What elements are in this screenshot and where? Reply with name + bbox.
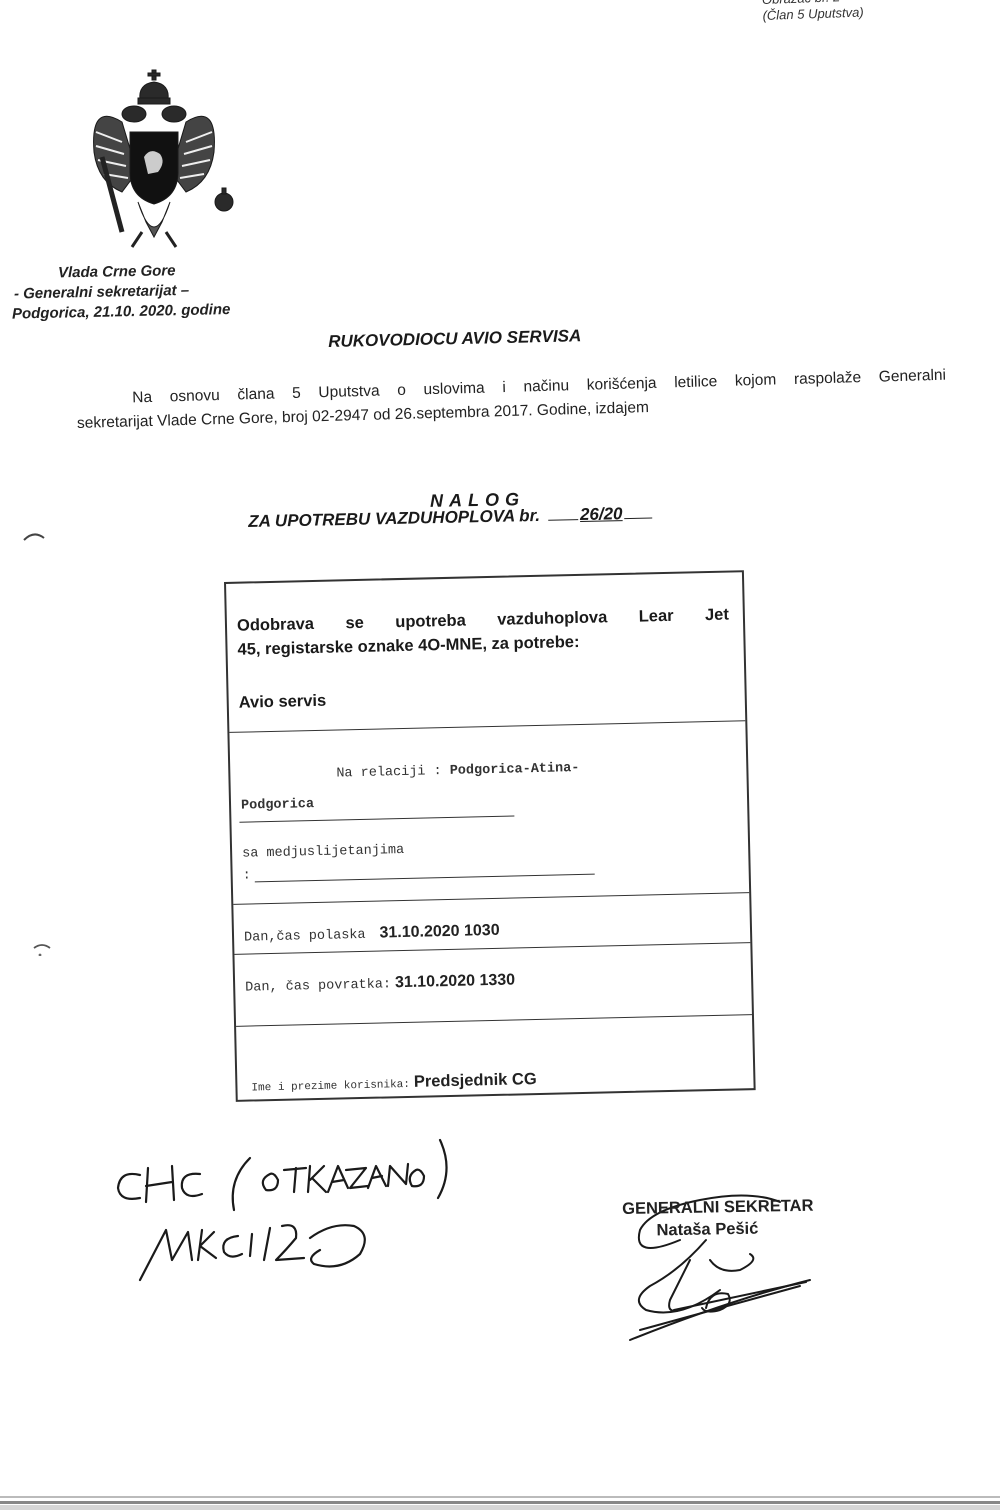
document-subtitle: ZA UPOTREBU VAZDUHOPLOVA br.26/20: [248, 504, 653, 532]
blank-line: [625, 518, 653, 520]
body-paragraph: Na osnovu člana 5 Uputstva o uslovima i …: [76, 364, 947, 436]
user-section: Ime i prezime korisnika:Predsjednik CG: [236, 1014, 754, 1102]
departure-field: Dan,čas polaska31.10.2020 1030: [244, 922, 500, 946]
return-section: Dan, čas povratka:31.10.2020 1330: [234, 942, 752, 1027]
issuer-block: Vlada Crne Gore - Generalni sekretarijat…: [0, 262, 270, 322]
addressee: RUKOVODIOCU AVIO SERVISA: [328, 326, 582, 352]
approval-text: Odobrava se upotreba vazduhoplova Lear J…: [237, 603, 730, 662]
return-value: 31.10.2020 1330: [395, 972, 515, 992]
blank-line: [548, 519, 578, 521]
handwritten-note-icon: [110, 1130, 480, 1300]
route-label: Na relaciji :: [336, 764, 450, 782]
order-number: 26/20: [578, 504, 625, 524]
user-label: Ime i prezime korisnika:: [251, 1079, 410, 1095]
user-value: Predsjednik CG: [414, 1070, 537, 1091]
hole-punch-mark-icon: [22, 530, 46, 542]
departure-value: 31.10.2020 1030: [379, 922, 499, 942]
user-field: Ime i prezime korisnika:Predsjednik CG: [251, 1070, 537, 1095]
stops-colon: :: [242, 862, 404, 888]
hole-punch-mark-icon: [32, 942, 52, 956]
subtitle-text: ZA UPOTREBU VAZDUHOPLOVA br.: [248, 506, 540, 531]
return-field: Dan, čas povratka:31.10.2020 1330: [245, 972, 515, 996]
form-reference: Obrazac br. 2 (Član 5 Uputstva): [762, 0, 864, 24]
signature-block: GENERALNI SEKRETAR Nataša Pešić: [622, 1197, 814, 1241]
route-value-2: Podgorica: [241, 797, 314, 814]
route-field: Na relaciji : Podgorica-Atina- Podgorica: [240, 751, 721, 822]
signatory-name: Nataša Pešić: [622, 1219, 814, 1241]
route-section: Na relaciji : Podgorica-Atina- Podgorica…: [229, 720, 749, 905]
departure-label: Dan,čas polaska: [244, 928, 366, 946]
purpose-value: Avio servis: [239, 692, 327, 713]
route-value-1: Podgorica-Atina-: [450, 761, 580, 779]
montenegro-coat-of-arms-icon: [82, 62, 247, 262]
form-article: (Član 5 Uputstva): [762, 4, 864, 24]
stops-label: sa medjuslijetanjima: [242, 840, 404, 866]
issue-place-date: Podgorica, 21.10. 2020. godine: [0, 299, 270, 325]
order-form: Odobrava se upotreba vazduhoplova Lear J…: [224, 570, 756, 1102]
signatory-title: GENERALNI SEKRETAR: [622, 1197, 814, 1219]
scan-edge-divider: [0, 1488, 1000, 1510]
return-label: Dan, čas povratka:: [245, 977, 391, 995]
approval-section: Odobrava se upotreba vazduhoplova Lear J…: [226, 572, 745, 733]
